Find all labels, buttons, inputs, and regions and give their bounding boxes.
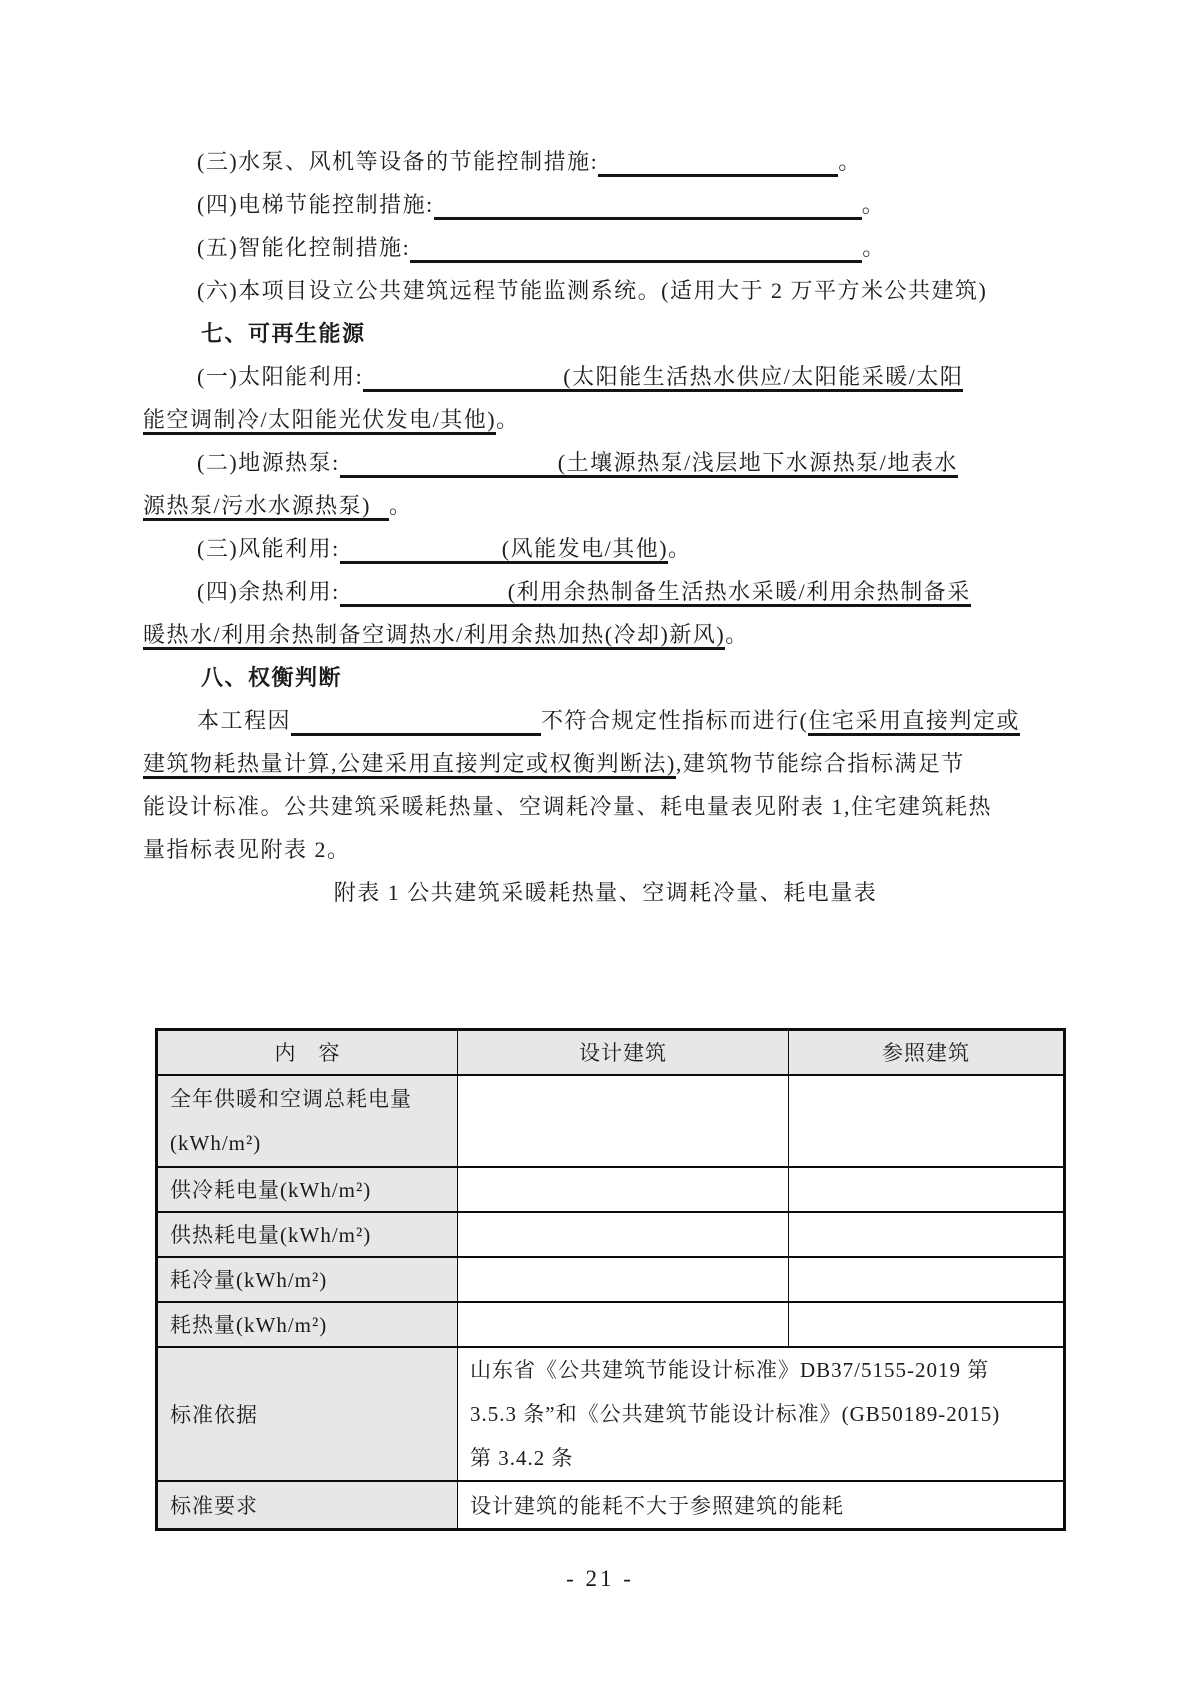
document-body: (三)水泵、风机等设备的节能控制措施:。 (四)电梯节能控制措施:。 (五)智能… xyxy=(143,140,1068,914)
paragraph-item-3: (三)水泵、风机等设备的节能控制措施:。 xyxy=(143,140,1068,183)
section-heading-8: 八、权衡判断 xyxy=(143,656,1068,699)
page-number: - 21 - xyxy=(0,1566,1200,1592)
tradeoff-mid: 不符合规定性指标而进行( xyxy=(541,708,808,733)
header-reference-building: 参照建筑 xyxy=(789,1030,1065,1075)
section-heading-7: 七、可再生能源 xyxy=(143,312,1068,355)
table-row-total-electricity: 全年供暖和空调总耗电量 (kWh/m²) xyxy=(157,1075,1065,1167)
wind-options: (风能发电/其他) xyxy=(502,536,668,564)
waste-heat-blank-line xyxy=(340,579,508,607)
appendix-table-1-container: 内 容 设计建筑 参照建筑 全年供暖和空调总耗电量 (kWh/m²) 供冷耗电量… xyxy=(155,1028,1066,1531)
tradeoff-blank-line xyxy=(291,708,541,736)
solar-options-2: 能空调制冷/太阳能光伏发电/其他) xyxy=(143,407,496,435)
row-label: 标准依据 xyxy=(157,1347,458,1481)
reference-value-cell xyxy=(789,1302,1065,1347)
paragraph-waste-heat-line2: 暖热水/利用余热制备空调热水/利用余热加热(冷却)新风)。 xyxy=(143,613,1068,656)
reference-value-cell xyxy=(789,1075,1065,1167)
reference-value-cell xyxy=(789,1167,1065,1212)
waste-heat-options-2: 暖热水/利用余热制备空调热水/利用余热加热(冷却)新风) xyxy=(143,622,725,650)
row-label: 耗热量(kWh/m²) xyxy=(157,1302,458,1347)
wind-blank-line xyxy=(340,536,502,564)
paragraph-solar-line2: 能空调制冷/太阳能光伏发电/其他)。 xyxy=(143,398,1068,441)
tradeoff-lead: 本工程因 xyxy=(197,708,291,733)
table-row-standard-basis: 标准依据 山东省《公共建筑节能设计标准》DB37/5155-2019 第 3.5… xyxy=(157,1347,1065,1481)
wind-period: 。 xyxy=(668,536,692,561)
tradeoff-underlined-2: 建筑物耗热量计算,公建采用直接判定或权衡判断法) xyxy=(143,751,676,779)
row-label: 供热耗电量(kWh/m²) xyxy=(157,1212,458,1257)
standard-requirement-text: 设计建筑的能耗不大于参照建筑的能耗 xyxy=(458,1481,1065,1530)
solar-text: (一)太阳能利用: xyxy=(197,364,363,389)
row-label: 耗冷量(kWh/m²) xyxy=(157,1257,458,1302)
solar-options-1: (太阳能生活热水供应/太阳能采暖/太阳 xyxy=(563,364,963,392)
row-label: 标准要求 xyxy=(157,1481,458,1530)
design-value-cell xyxy=(458,1167,789,1212)
ground-options-1: (土壤源热泵/浅层地下水源热泵/地表水 xyxy=(558,450,958,478)
ground-period: 。 xyxy=(389,493,413,518)
paragraph-tradeoff-line2: 建筑物耗热量计算,公建采用直接判定或权衡判断法),建筑物节能综合指标满足节 xyxy=(143,742,1068,785)
item3-text: (三)水泵、风机等设备的节能控制措施: xyxy=(197,149,598,174)
item6-text: (六)本项目设立公共建筑远程节能监测系统。(适用大于 2 万平方米公共建筑) xyxy=(197,278,987,303)
paragraph-tradeoff-line1: 本工程因不符合规定性指标而进行(住宅采用直接判定或 xyxy=(143,699,1068,742)
row-label: 全年供暖和空调总耗电量 (kWh/m²) xyxy=(157,1075,458,1167)
table-header-row: 内 容 设计建筑 参照建筑 xyxy=(157,1030,1065,1075)
standard-basis-text: 山东省《公共建筑节能设计标准》DB37/5155-2019 第 3.5.3 条”… xyxy=(458,1347,1065,1481)
document-page: (三)水泵、风机等设备的节能控制措施:。 (四)电梯节能控制措施:。 (五)智能… xyxy=(0,0,1200,1697)
design-value-cell xyxy=(458,1075,789,1167)
design-value-cell xyxy=(458,1302,789,1347)
waste-heat-options-1: (利用余热制备生活热水采暖/利用余热制备采 xyxy=(508,579,971,607)
item4-blank-line xyxy=(434,192,862,220)
item4-text: (四)电梯节能控制措施: xyxy=(197,192,434,217)
solar-period: 。 xyxy=(496,407,520,432)
item4-period: 。 xyxy=(862,192,886,217)
paragraph-waste-heat-line1: (四)余热利用:(利用余热制备生活热水采暖/利用余热制备采 xyxy=(143,570,1068,613)
paragraph-ground-line1: (二)地源热泵:(土壤源热泵/浅层地下水源热泵/地表水 xyxy=(143,441,1068,484)
item5-text: (五)智能化控制措施: xyxy=(197,235,410,260)
ground-text: (二)地源热泵: xyxy=(197,450,340,475)
table-row-cooling-load: 耗冷量(kWh/m²) xyxy=(157,1257,1065,1302)
paragraph-item-4: (四)电梯节能控制措施:。 xyxy=(143,183,1068,226)
item5-period: 。 xyxy=(862,235,886,260)
paragraph-wind: (三)风能利用:(风能发电/其他)。 xyxy=(143,527,1068,570)
tradeoff-underlined-1: 住宅采用直接判定或 xyxy=(808,708,1020,736)
tradeoff-tail: ,建筑物节能综合指标满足节 xyxy=(676,751,965,776)
reference-value-cell xyxy=(789,1212,1065,1257)
item3-period: 。 xyxy=(838,149,862,174)
table-row-heating-load: 耗热量(kWh/m²) xyxy=(157,1302,1065,1347)
paragraph-solar-line1: (一)太阳能利用:(太阳能生活热水供应/太阳能采暖/太阳 xyxy=(143,355,1068,398)
appendix-table-1: 内 容 设计建筑 参照建筑 全年供暖和空调总耗电量 (kWh/m²) 供冷耗电量… xyxy=(155,1028,1066,1531)
row-label: 供冷耗电量(kWh/m²) xyxy=(157,1167,458,1212)
appendix-table-title: 附表 1 公共建筑采暖耗热量、空调耗冷量、耗电量表 xyxy=(143,871,1068,914)
design-value-cell xyxy=(458,1212,789,1257)
waste-heat-text: (四)余热利用: xyxy=(197,579,340,604)
paragraph-tradeoff-line3: 能设计标准。公共建筑采暖耗热量、空调耗冷量、耗电量表见附表 1,住宅建筑耗热 xyxy=(143,785,1068,828)
table-row-heating-electricity: 供热耗电量(kWh/m²) xyxy=(157,1212,1065,1257)
wind-text: (三)风能利用: xyxy=(197,536,340,561)
ground-blank-line xyxy=(340,450,558,478)
design-value-cell xyxy=(458,1257,789,1302)
waste-heat-period: 。 xyxy=(725,622,749,647)
table-row-standard-requirement: 标准要求 设计建筑的能耗不大于参照建筑的能耗 xyxy=(157,1481,1065,1530)
header-content: 内 容 xyxy=(157,1030,458,1075)
ground-options-2: 源热泵/污水水源热泵) xyxy=(143,493,389,521)
paragraph-item-5: (五)智能化控制措施:。 xyxy=(143,226,1068,269)
header-design-building: 设计建筑 xyxy=(458,1030,789,1075)
reference-value-cell xyxy=(789,1257,1065,1302)
item5-blank-line xyxy=(410,235,862,263)
item3-blank-line xyxy=(598,149,838,177)
paragraph-tradeoff-line4: 量指标表见附表 2。 xyxy=(143,828,1068,871)
paragraph-item-6: (六)本项目设立公共建筑远程节能监测系统。(适用大于 2 万平方米公共建筑) xyxy=(143,269,1068,312)
paragraph-ground-line2: 源热泵/污水水源热泵)。 xyxy=(143,484,1068,527)
solar-blank-line xyxy=(363,364,563,392)
table-row-cooling-electricity: 供冷耗电量(kWh/m²) xyxy=(157,1167,1065,1212)
